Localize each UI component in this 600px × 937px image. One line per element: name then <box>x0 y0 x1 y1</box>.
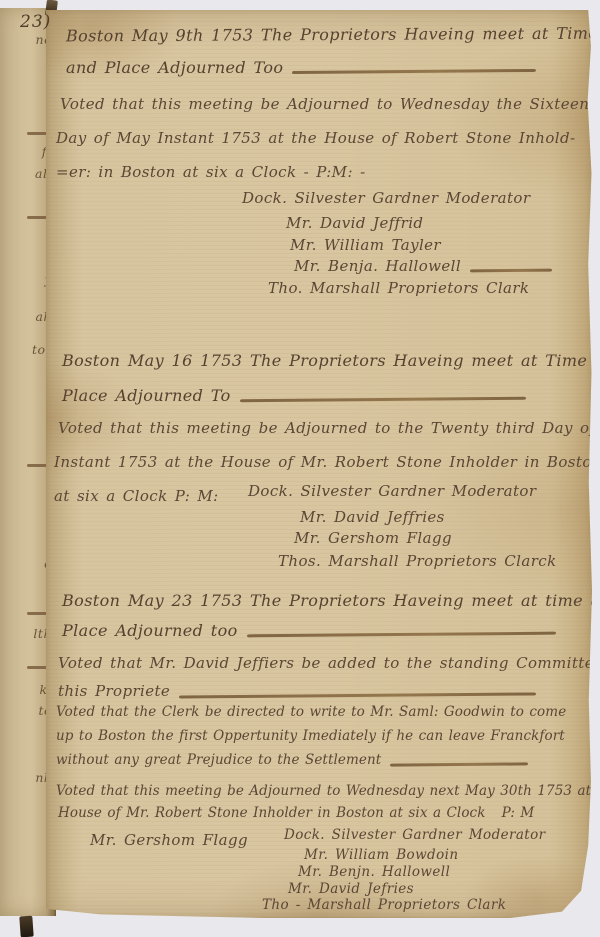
entry3-vote2-line3: without any great Prejudice to the Settl… <box>56 753 528 769</box>
entry3-attendee: Dock. Silvester Gardner Moderator <box>284 828 546 844</box>
flourish-line <box>292 69 536 74</box>
entry3-vote1-line1: Voted that Mr. David Jeffiers be added t… <box>58 655 600 672</box>
entry2-heading-line2-text: Place Adjourned To <box>62 387 231 405</box>
entry3-heading-line2: Place Adjourned too <box>62 622 556 640</box>
entry3-attendee: Mr. William Bowdoin <box>304 848 458 864</box>
entry3-heading-line1: Boston May 23 1753 The Proprietors Havei… <box>62 592 600 610</box>
entry1-attendee: Mr. William Tayler <box>290 237 441 254</box>
manuscript-page: Boston May 9th 1753 The Proprietors Have… <box>46 10 592 918</box>
entry1-heading-line1: Boston May 9th 1753 The Proprietors Have… <box>66 25 598 46</box>
entry1-attendee: Dock. Silvester Gardner Moderator <box>242 190 530 207</box>
entry1-body-line1: Voted that this meeting be Adjourned to … <box>60 96 600 113</box>
entry2-heading-line1: Boston May 16 1753 The Proprietors Havei… <box>62 352 600 370</box>
entry1-attendee: Mr. Benja. Hallowell <box>294 258 552 275</box>
entry1-heading-line2: and Place Adjourned Too <box>66 59 536 77</box>
entry3-attendee: Mr. Benjn. Hallowell <box>298 865 450 881</box>
entry3-vote2-line2: up to Boston the first Oppertunity Imedi… <box>56 729 565 745</box>
flourish-line <box>240 397 526 402</box>
entry1-attendee: Mr. David Jeffrid <box>286 215 423 232</box>
flourish-line <box>470 268 552 272</box>
entry1-body-line3: =er: in Boston at six a Clock - P:M: - <box>56 164 366 181</box>
entry1-attendee: Tho. Marshall Proprietors Clark <box>268 280 529 297</box>
entry2-body-line2: Instant 1753 at the House of Mr. Robert … <box>54 454 600 471</box>
entry3-vote1-line2: this Propriete <box>58 683 536 700</box>
flourish-line <box>247 632 556 638</box>
entry3-vote1-line2-text: this Propriete <box>58 683 170 700</box>
entry3-vote2-line3-text: without any great Prejudice to the Settl… <box>56 753 381 769</box>
entry3-vote3-line2: House of Mr. Robert Stone Inholder in Bo… <box>58 806 534 822</box>
entry2-attendee: Mr. Gershom Flagg <box>294 530 452 547</box>
entry1-body-line2: Day of May Instant 1753 at the House of … <box>56 130 575 147</box>
entry3-heading-line2-text: Place Adjourned too <box>62 622 238 640</box>
flourish-line <box>390 762 528 766</box>
page-number: 23) <box>20 14 51 31</box>
entry3-left-attendee: Mr. Gershom Flagg <box>90 832 248 849</box>
entry1-heading-line2-text: and Place Adjourned Too <box>66 59 283 77</box>
entry3-vote2-line1: Voted that the Clerk be directed to writ… <box>56 705 566 721</box>
entry3-attendee: Mr. David Jefries <box>288 882 414 898</box>
entry2-body-line1: Voted that this meeting be Adjourned to … <box>58 420 600 437</box>
entry2-heading-line2: Place Adjourned To <box>62 387 526 405</box>
entry1-attendee-text: Mr. Benja. Hallowell <box>294 258 461 275</box>
entry3-attendee: Tho - Marshall Proprietors Clark <box>262 898 506 914</box>
entry2-attendee: Thos. Marshall Proprietors Clarck <box>278 553 557 570</box>
flourish-line <box>179 692 536 698</box>
entry2-attendee: Dock. Silvester Gardner Moderator <box>248 483 536 500</box>
entry2-attendee: Mr. David Jeffries <box>300 509 445 526</box>
manuscript-scan: ne ff all y ah tor e lth k, to nk 23) Bo… <box>0 0 600 937</box>
binding-pin-bottom <box>19 916 33 937</box>
entry3-vote3-line1: Voted that this meeting be Adjourned to … <box>56 784 600 800</box>
entry2-body-line3: at six a Clock P: M: <box>54 488 219 505</box>
